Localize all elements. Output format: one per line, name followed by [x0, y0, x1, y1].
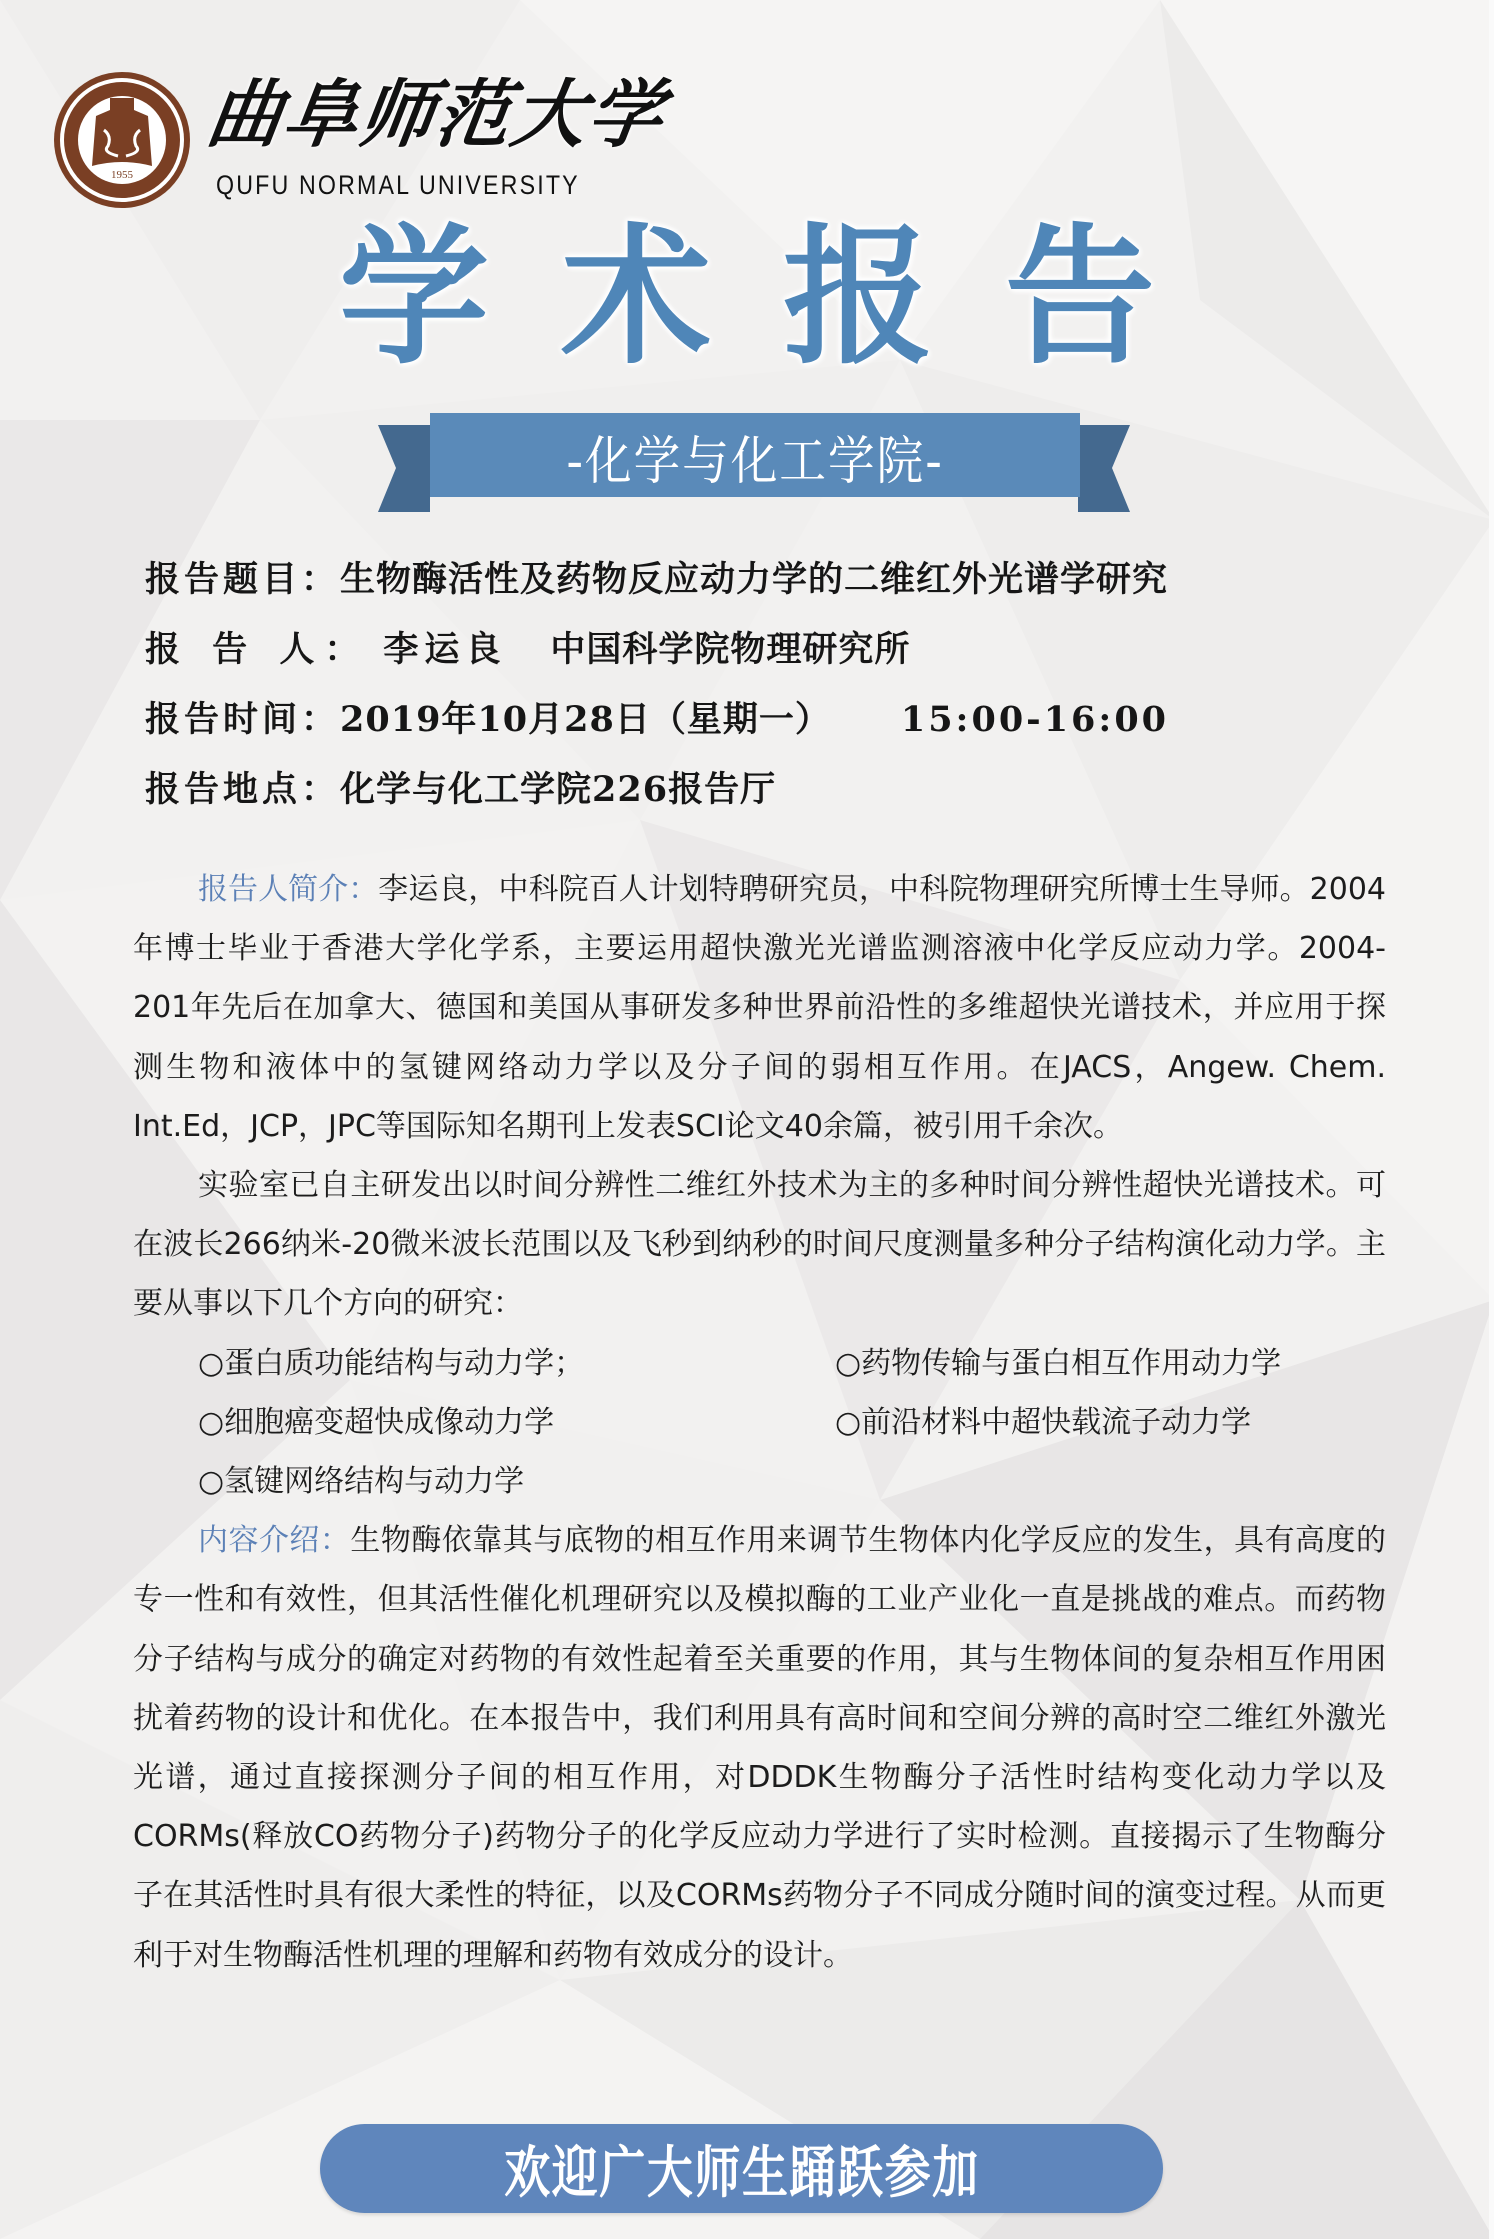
list-item: ○药物传输与蛋白相互作用动力学 [835, 1334, 1386, 1393]
info-label: 报告时间： [145, 699, 340, 740]
department-name: -化学与化工学院- [463, 415, 1048, 497]
list-item: ○氢键网络结构与动力学 [198, 1452, 835, 1511]
speaker-bio: 报告人简介：李运良，中科院百人计划特聘研究员，中科院物理研究所博士生导师。200… [133, 860, 1386, 1156]
list-item: ○前沿材料中超快载流子动力学 [835, 1393, 1386, 1452]
info-label: 报告题目： [145, 559, 340, 600]
content-text: 生物酶依靠其与底物的相互作用来调节生物体内化学反应的发生，具有高度的专一性和有效… [133, 1523, 1386, 1972]
info-value: 化学与化工学院226报告厅 [340, 769, 776, 810]
info-row-speaker: 报 告 人：李运良中国科学院物理研究所 [145, 628, 910, 672]
info-extra: 中国科学院物理研究所 [550, 629, 910, 670]
university-name-cn: 曲阜师范大学 [203, 78, 669, 152]
lab-intro: 实验室已自主研发出以时间分辨性二维红外技术为主的多种时间分辨性超快光谱技术。可在… [133, 1156, 1386, 1334]
list-item: ○细胞癌变超快成像动力学 [198, 1393, 835, 1452]
bio-label: 报告人简介： [198, 872, 378, 907]
university-name-en: QUFU NORMAL UNIVERSITY [216, 172, 580, 199]
info-value: 李运良 [383, 629, 506, 670]
info-label: 报 告 人： [145, 629, 369, 670]
info-value: 生物酶活性及药物反应动力学的二维红外光谱学研究 [340, 559, 1168, 600]
info-label: 报告地点： [145, 769, 340, 810]
info-row-time: 报告时间：2019年10月28日（星期一）15:00-16:00 [145, 698, 1169, 742]
research-directions: ○蛋白质功能结构与动力学； ○药物传输与蛋白相互作用动力学 ○细胞癌变超快成像动… [133, 1334, 1386, 1512]
content-label: 内容介绍： [198, 1523, 350, 1558]
list-item: ○蛋白质功能结构与动力学； [198, 1334, 835, 1393]
seal-year: 1955 [111, 169, 134, 181]
page-title: 学术报告 [0, 222, 1494, 372]
body-content: 报告人简介：李运良，中科院百人计划特聘研究员，中科院物理研究所博士生导师。200… [133, 860, 1386, 1985]
info-row-location: 报告地点：化学与化工学院226报告厅 [145, 768, 776, 812]
bio-text: 李运良，中科院百人计划特聘研究员，中科院物理研究所博士生导师。2004年博士毕业… [133, 872, 1386, 1144]
university-seal-icon: 1955 [52, 70, 192, 210]
welcome-banner: 欢迎广大师生踊跃参加 [320, 2124, 1163, 2213]
info-value: 2019年10月28日（星期一） [340, 699, 831, 740]
info-extra: 15:00-16:00 [901, 699, 1169, 740]
content-intro: 内容介绍：生物酶依靠其与底物的相互作用来调节生物体内化学反应的发生，具有高度的专… [133, 1511, 1386, 1985]
info-row-topic: 报告题目：生物酶活性及药物反应动力学的二维红外光谱学研究 [145, 558, 1168, 602]
welcome-text: 欢迎广大师生踊跃参加 [504, 2129, 980, 2209]
